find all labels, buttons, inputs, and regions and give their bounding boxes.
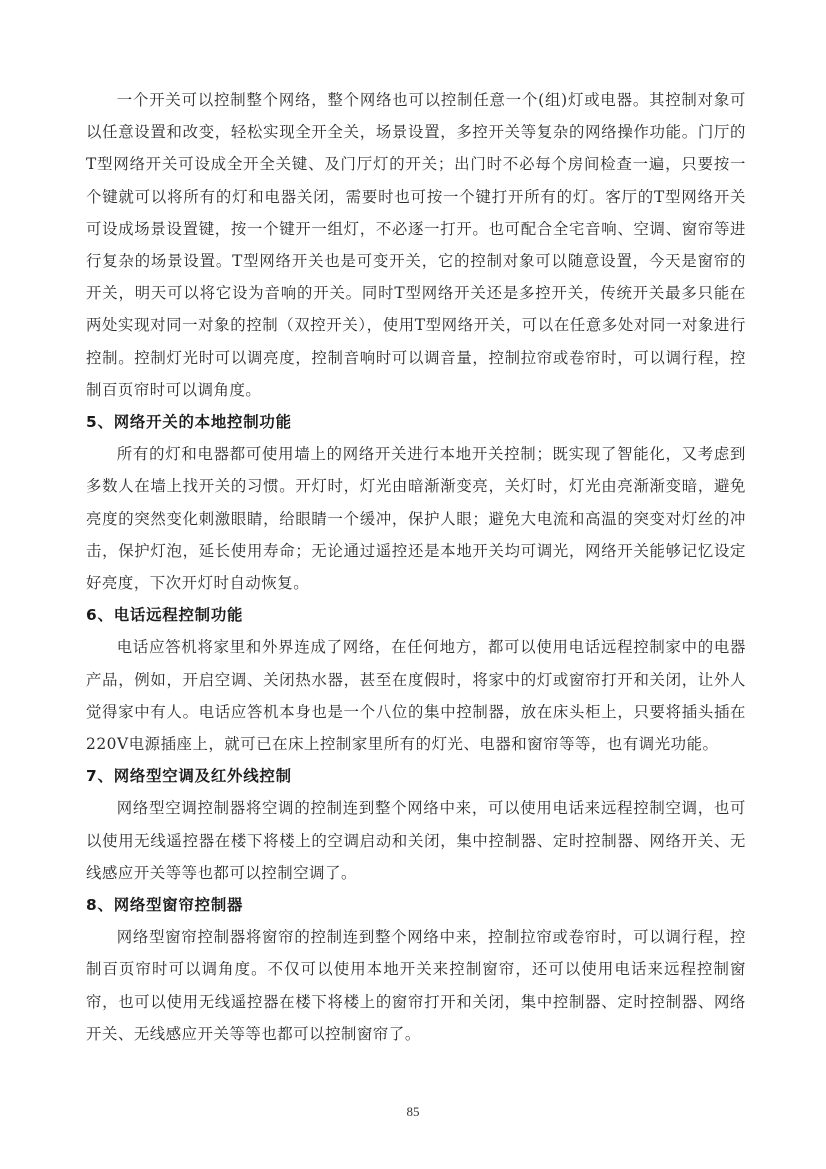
section-heading-8: 8、网络型窗帘控制器 [86,889,746,921]
paragraph-local-control: 所有的灯和电器都可使用墙上的网络开关进行本地开关控制；既实现了智能化，又考虑到多… [86,438,746,599]
page-body: 一个开关可以控制整个网络，整个网络也可以控制任意一个(组)灯或电器。其控制对象可… [86,84,746,1050]
section-heading-7: 7、网络型空调及红外线控制 [86,760,746,792]
paragraph-curtain-controller: 网络型窗帘控制器将窗帘的控制连到整个网络中来，控制拉帘或卷帘时，可以调行程，控制… [86,921,746,1050]
section-heading-5: 5、网络开关的本地控制功能 [86,406,746,438]
page-number: 85 [0,1104,826,1120]
paragraph-intro: 一个开关可以控制整个网络，整个网络也可以控制任意一个(组)灯或电器。其控制对象可… [86,84,746,406]
section-heading-6: 6、电话远程控制功能 [86,599,746,631]
paragraph-air-conditioner: 网络型空调控制器将空调的控制连到整个网络中来，可以使用电话来远程控制空调，也可以… [86,792,746,889]
paragraph-phone-remote: 电话应答机将家里和外界连成了网络，在任何地方，都可以使用电话远程控制家中的电器产… [86,631,746,760]
